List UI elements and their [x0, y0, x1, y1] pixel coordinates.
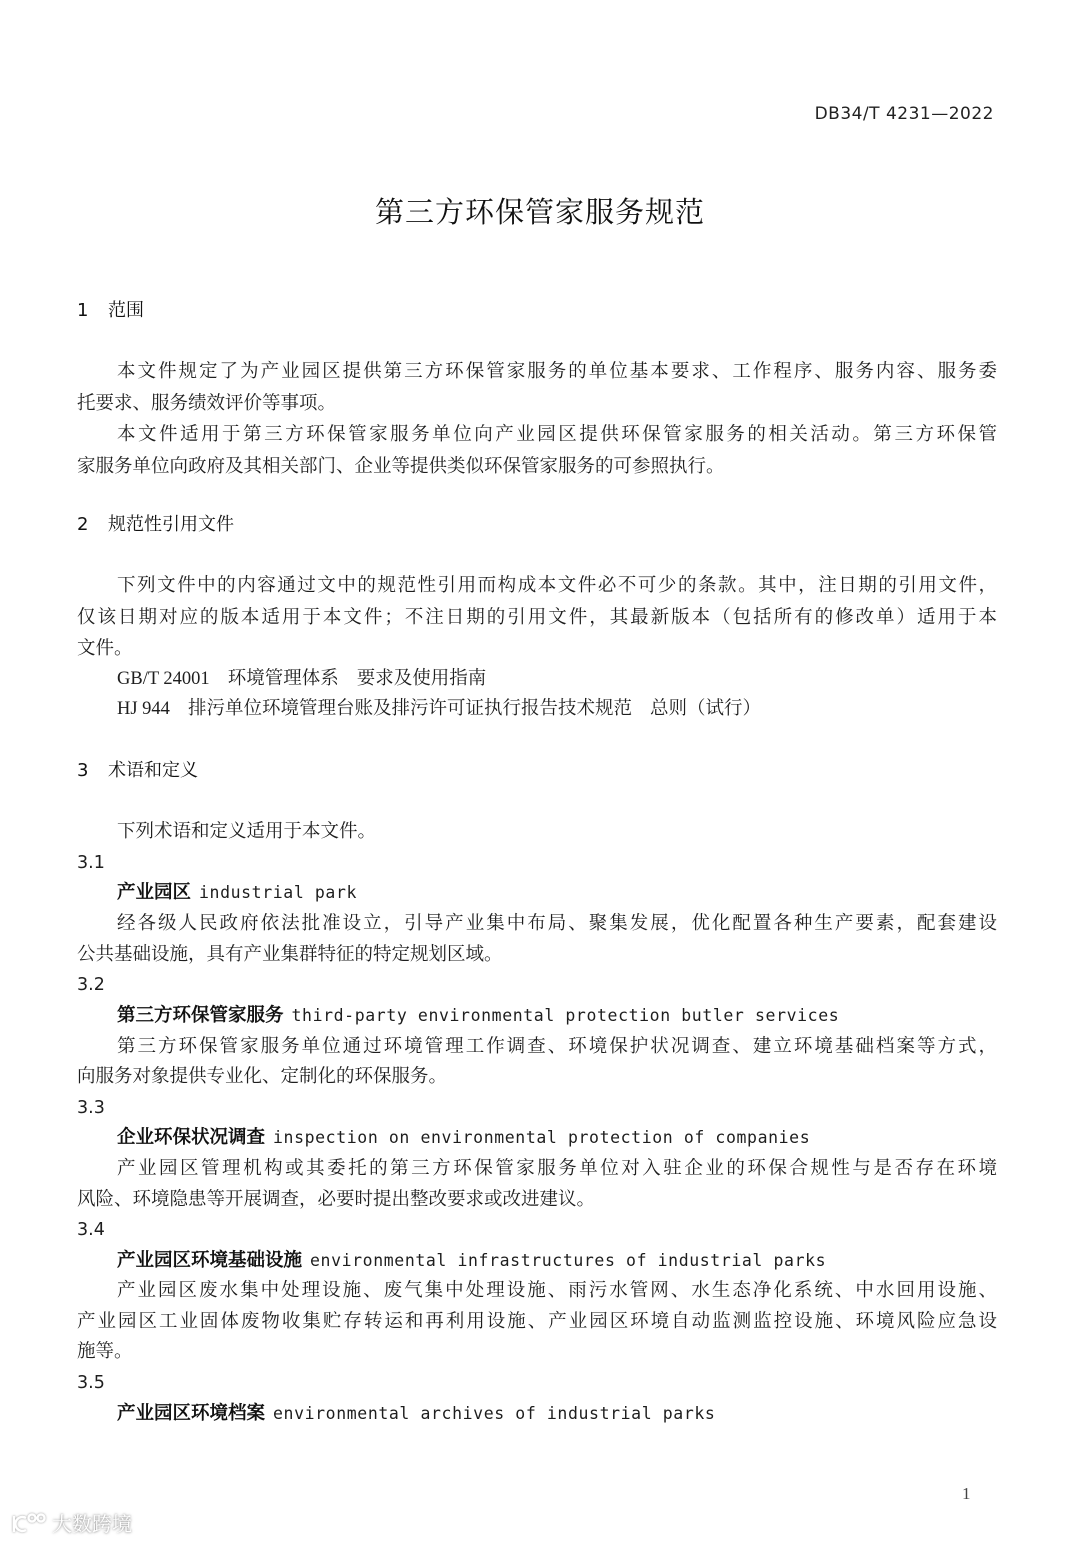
section-number: 1 — [77, 296, 108, 326]
normative-reference: HJ 944排污单位环境管理台账及排污许可证执行报告技术规范总则（试行） — [117, 694, 1037, 724]
definition-line: 第三方环保管家服务单位通过环境管理工作调查、环境保护状况调查、建立环境基础档案等… — [117, 1032, 997, 1062]
clause-number: 3.5 — [77, 1368, 997, 1398]
definition-line: 产业园区管理机构或其委托的第三方环保管家服务单位对入驻企业的环保合规性与是否存在… — [117, 1154, 997, 1184]
term-chinese: 产业园区环境基础设施 — [117, 1250, 302, 1271]
reference-title-part: 环境管理体系 — [228, 669, 339, 689]
term-heading: 产业园区环境档案environmental archives of indust… — [117, 1399, 1037, 1429]
term-chinese: 第三方环保管家服务 — [117, 1005, 284, 1026]
term-heading: 企业环保状况调查inspection on environmental prot… — [117, 1123, 1037, 1153]
watermark-logo-icon — [10, 1510, 48, 1536]
paragraph-line: 托要求、服务绩效评价等事项。 — [77, 389, 997, 419]
normative-reference: GB/T 24001环境管理体系要求及使用指南 — [117, 664, 1037, 694]
term-chinese: 企业环保状况调查 — [117, 1127, 265, 1148]
section-title: 规范性引用文件 — [108, 514, 234, 535]
paragraph-line: 下列术语和定义适用于本文件。 — [117, 817, 1037, 847]
term-english: third-party environmental protection but… — [292, 1006, 840, 1025]
section-1-heading: 1范围 — [77, 296, 997, 326]
clause-number: 3.3 — [77, 1093, 997, 1123]
reference-title-part: 排污单位环境管理台账及排污许可证执行报告技术规范 — [188, 699, 632, 719]
reference-code: GB/T 24001 — [117, 664, 210, 694]
paragraph-line: 仅该日期对应的版本适用于本文件；不注日期的引用文件，其最新版本（包括所有的修改单… — [77, 603, 997, 633]
clause-number: 3.1 — [77, 848, 997, 878]
definition-line: 公共基础设施，具有产业集群特征的特定规划区域。 — [77, 940, 997, 970]
section-number: 3 — [77, 756, 108, 786]
term-english: industrial park — [199, 883, 357, 902]
reference-title-part: 要求及使用指南 — [357, 669, 487, 689]
section-title: 术语和定义 — [108, 760, 198, 781]
paragraph-line: 下列文件中的内容通过文中的规范性引用而构成本文件必不可少的条款。其中，注日期的引… — [117, 571, 997, 601]
document-code: DB34/T 4231—2022 — [815, 104, 994, 124]
term-english: inspection on environmental protection o… — [273, 1128, 810, 1147]
definition-line: 产业园区工业固体废物收集贮存转运和再利用设施、产业园区环境自动监测监控设施、环境… — [77, 1307, 997, 1337]
watermark-text: 大数跨境 — [52, 1508, 132, 1537]
definition-line: 向服务对象提供专业化、定制化的环保服务。 — [77, 1062, 997, 1092]
paragraph-line: 本文件规定了为产业园区提供第三方环保管家服务的单位基本要求、工作程序、服务内容、… — [117, 357, 997, 387]
term-chinese: 产业园区环境档案 — [117, 1403, 265, 1424]
term-heading: 第三方环保管家服务third-party environmental prote… — [117, 1001, 1037, 1031]
paragraph-line: 文件。 — [77, 634, 997, 664]
clause-number: 3.2 — [77, 970, 997, 1000]
page-number: 1 — [962, 1484, 971, 1504]
term-heading: 产业园区环境基础设施environmental infrastructures … — [117, 1246, 1037, 1276]
definition-line: 产业园区废水集中处理设施、废气集中处理设施、雨污水管网、水生态净化系统、中水回用… — [117, 1276, 997, 1306]
section-title: 范围 — [108, 300, 144, 321]
paragraph-line: 本文件适用于第三方环保管家服务单位向产业园区提供环保管家服务的相关活动。第三方环… — [117, 420, 997, 450]
watermark: 大数跨境 — [10, 1508, 132, 1537]
definition-line: 风险、环境隐患等开展调查，必要时提出整改要求或改进建议。 — [77, 1185, 997, 1215]
definition-line: 经各级人民政府依法批准设立，引导产业集中布局、聚集发展，优化配置各种生产要素，配… — [117, 909, 997, 939]
paragraph-line: 家服务单位向政府及其相关部门、企业等提供类似环保管家服务的可参照执行。 — [77, 452, 997, 482]
document-title: 第三方环保管家服务规范 — [0, 190, 1080, 231]
section-3-heading: 3术语和定义 — [77, 756, 997, 786]
term-heading: 产业园区industrial park — [117, 878, 1037, 908]
clause-number: 3.4 — [77, 1215, 997, 1245]
term-english: environmental archives of industrial par… — [273, 1404, 715, 1423]
section-number: 2 — [77, 510, 108, 540]
reference-title-part: 总则（试行） — [650, 699, 761, 719]
definition-line: 施等。 — [77, 1337, 997, 1367]
term-chinese: 产业园区 — [117, 882, 191, 903]
section-2-heading: 2规范性引用文件 — [77, 510, 997, 540]
reference-code: HJ 944 — [117, 694, 170, 724]
term-english: environmental infrastructures of industr… — [310, 1251, 826, 1270]
